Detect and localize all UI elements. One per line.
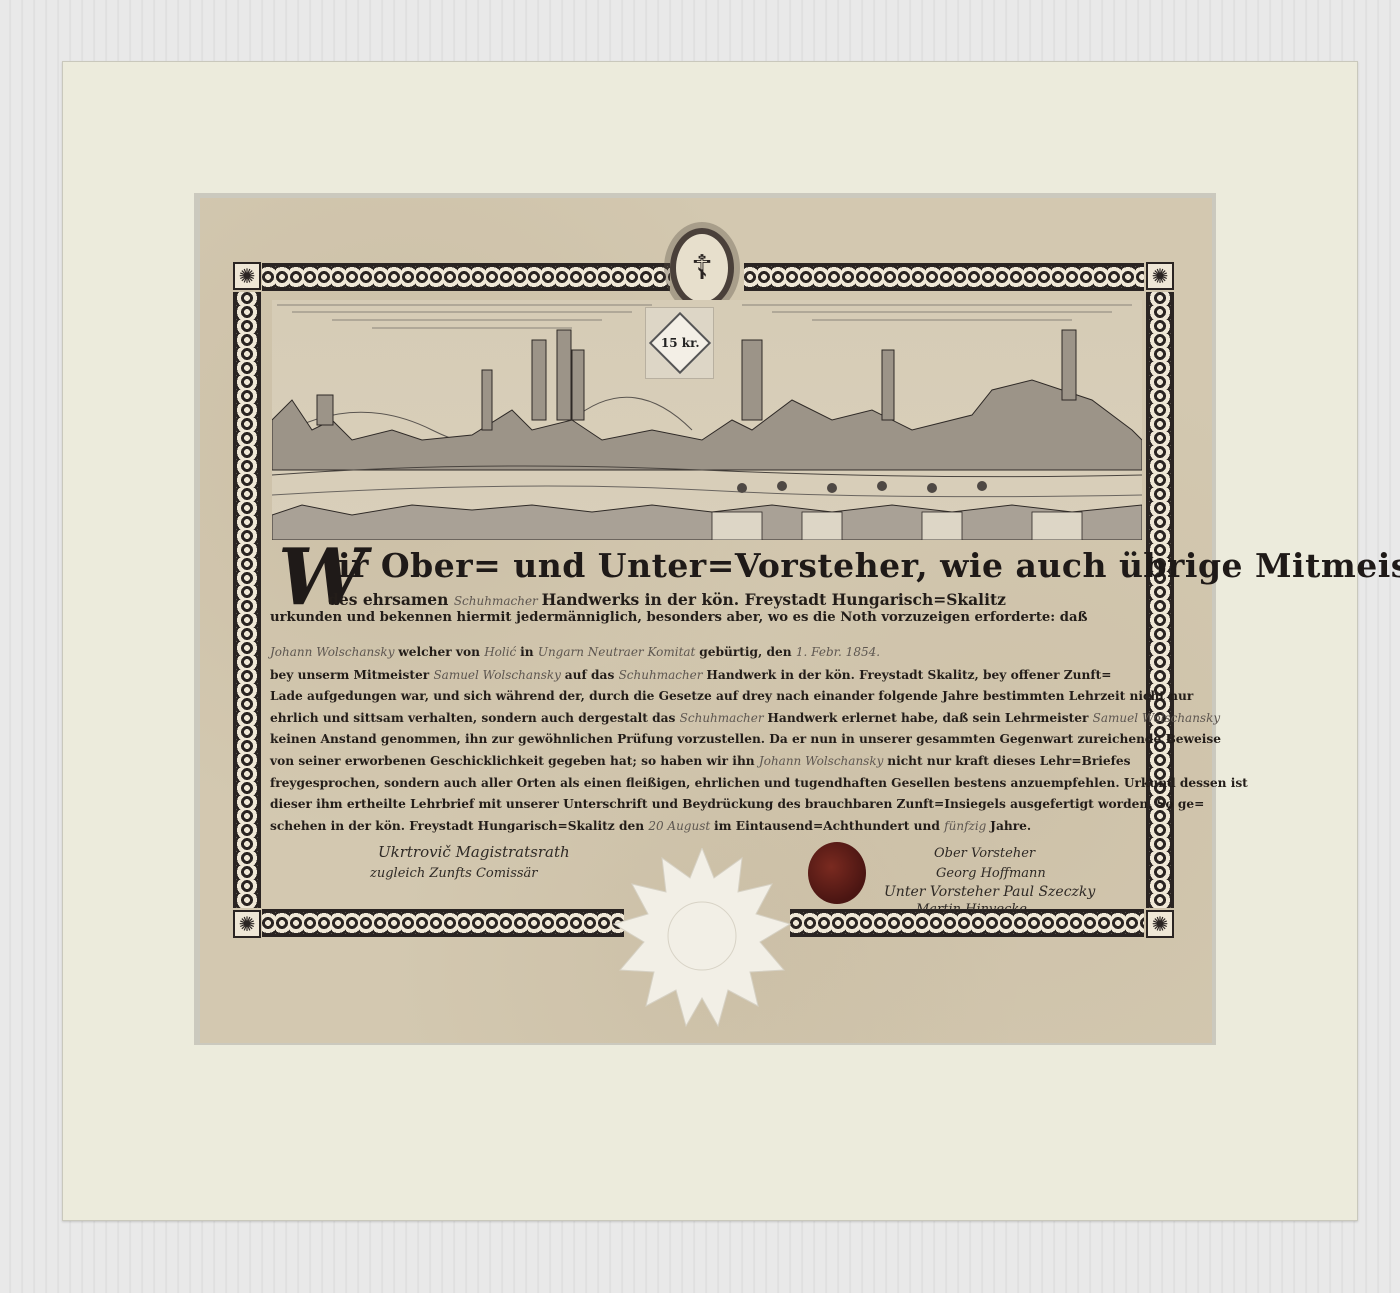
printed-text: schehen in der kön. Freystadt Hungarisch… bbox=[270, 819, 648, 833]
certificate-line: von seiner erworbenen Geschicklichkeit g… bbox=[270, 755, 1140, 767]
printed-text: urkunden und bekennen hiermit jedermänni… bbox=[270, 610, 1088, 625]
signature-right-4: Martin Hinvecke bbox=[916, 902, 1027, 917]
printed-text: Lade aufgedungen war, und sich während d… bbox=[270, 689, 1193, 703]
printed-text: welcher von bbox=[398, 645, 484, 659]
printed-text: dieser ihm ertheilte Lehrbrief mit unser… bbox=[270, 797, 1204, 811]
signature-right-3: Unter Vorsteher Paul Szeczky bbox=[884, 884, 1095, 900]
certificate-line: ehrlich und sittsam verhalten, sondern a… bbox=[270, 712, 1140, 724]
printed-text: in bbox=[520, 645, 538, 659]
handwritten-entry: Holić bbox=[484, 645, 520, 659]
certificate-line: Lade aufgedungen war, und sich während d… bbox=[270, 690, 1140, 702]
rosette-icon: ✺ bbox=[1146, 910, 1174, 938]
coat-of-arms: ☦ bbox=[637, 228, 767, 308]
printed-text: nicht nur kraft dieses Lehr=Briefes bbox=[887, 754, 1130, 768]
printed-text: freygesprochen, sondern auch aller Orten… bbox=[270, 776, 1248, 790]
handwritten-entry: Schuhmacher bbox=[680, 711, 768, 725]
certificate-line: urkunden und bekennen hiermit jedermänni… bbox=[270, 611, 1140, 624]
handwritten-entry: Ungarn Neutraer Komitat bbox=[538, 645, 699, 659]
top-border-band bbox=[262, 263, 670, 291]
printed-text: des ehrsamen bbox=[328, 590, 454, 609]
headline-text: ir Ober= und Unter=Vorsteher, wie auch ü… bbox=[338, 546, 1400, 585]
left-border-band bbox=[233, 292, 261, 908]
certificate-line: keinen Anstand genommen, ihn zur gewöhnl… bbox=[270, 733, 1140, 745]
signature-left-1: Ukrtrovič Magistratsrath bbox=[378, 843, 570, 861]
double-cross-icon: ☦ bbox=[670, 228, 734, 308]
printed-text: Handwerk erlernet habe, daß sein Lehrmei… bbox=[767, 711, 1092, 725]
handwritten-entry: Schuhmacher bbox=[454, 594, 542, 608]
handwritten-entry: Johann Wolschansky bbox=[270, 645, 398, 659]
certificate-line: dieser ihm ertheilte Lehrbrief mit unser… bbox=[270, 798, 1140, 810]
certificate-line: bey unserm Mitmeister Samuel Wolschansky… bbox=[270, 669, 1140, 681]
handwritten-entry: 1. Febr. 1854. bbox=[796, 645, 880, 659]
signature-right-2: Georg Hoffmann bbox=[936, 866, 1046, 881]
printed-text: bey unserm Mitmeister bbox=[270, 668, 433, 682]
rosette-icon: ✺ bbox=[233, 910, 261, 938]
certificate-line: des ehrsamen Schuhmacher Handwerks in de… bbox=[328, 592, 1198, 608]
stamp-diamond: 15 kr. bbox=[648, 312, 710, 374]
handwritten-entry: Samuel Wolschansky bbox=[433, 668, 564, 682]
handwritten-entry: 20 August bbox=[648, 819, 714, 833]
certificate-line: Johann Wolschansky welcher von Holić in … bbox=[270, 646, 1140, 658]
signature-right-1: Ober Vorsteher bbox=[934, 846, 1035, 861]
handwritten-entry: fünfzig bbox=[944, 819, 990, 833]
tax-stamp: 15 kr. bbox=[645, 307, 714, 379]
wax-seal bbox=[808, 842, 866, 904]
printed-text: auf das bbox=[565, 668, 619, 682]
bottom-border-band-left bbox=[262, 909, 624, 937]
printed-text: im Eintausend=Achthundert und bbox=[714, 819, 944, 833]
rosette-icon: ✺ bbox=[1146, 262, 1174, 290]
signature-left-2: zugleich Zunfts Comissär bbox=[370, 866, 538, 881]
paper-seal bbox=[612, 848, 792, 1028]
handwritten-entry: Johann Wolschansky bbox=[759, 754, 887, 768]
rosette-icon: ✺ bbox=[233, 262, 261, 290]
stamp-value: 15 kr. bbox=[660, 336, 699, 350]
printed-text: gebürtig, den bbox=[699, 645, 796, 659]
handwritten-entry: Samuel Wolschansky bbox=[1093, 711, 1221, 725]
handwritten-entry: Schuhmacher bbox=[619, 668, 707, 682]
printed-text: ehrlich und sittsam verhalten, sondern a… bbox=[270, 711, 680, 725]
certificate-line: schehen in der kön. Freystadt Hungarisch… bbox=[270, 820, 1140, 832]
certificate-line: freygesprochen, sondern auch aller Orten… bbox=[270, 777, 1140, 789]
printed-text: Jahre. bbox=[990, 819, 1031, 833]
printed-text: keinen Anstand genommen, ihn zur gewöhnl… bbox=[270, 732, 1221, 746]
top-border-band-right bbox=[744, 263, 1144, 291]
printed-text: Handwerks in der kön. Freystadt Hungaris… bbox=[542, 590, 1006, 609]
printed-text: Handwerk in der kön. Freystadt Skalitz, … bbox=[706, 668, 1111, 682]
printed-text: von seiner erworbenen Geschicklichkeit g… bbox=[270, 754, 759, 768]
